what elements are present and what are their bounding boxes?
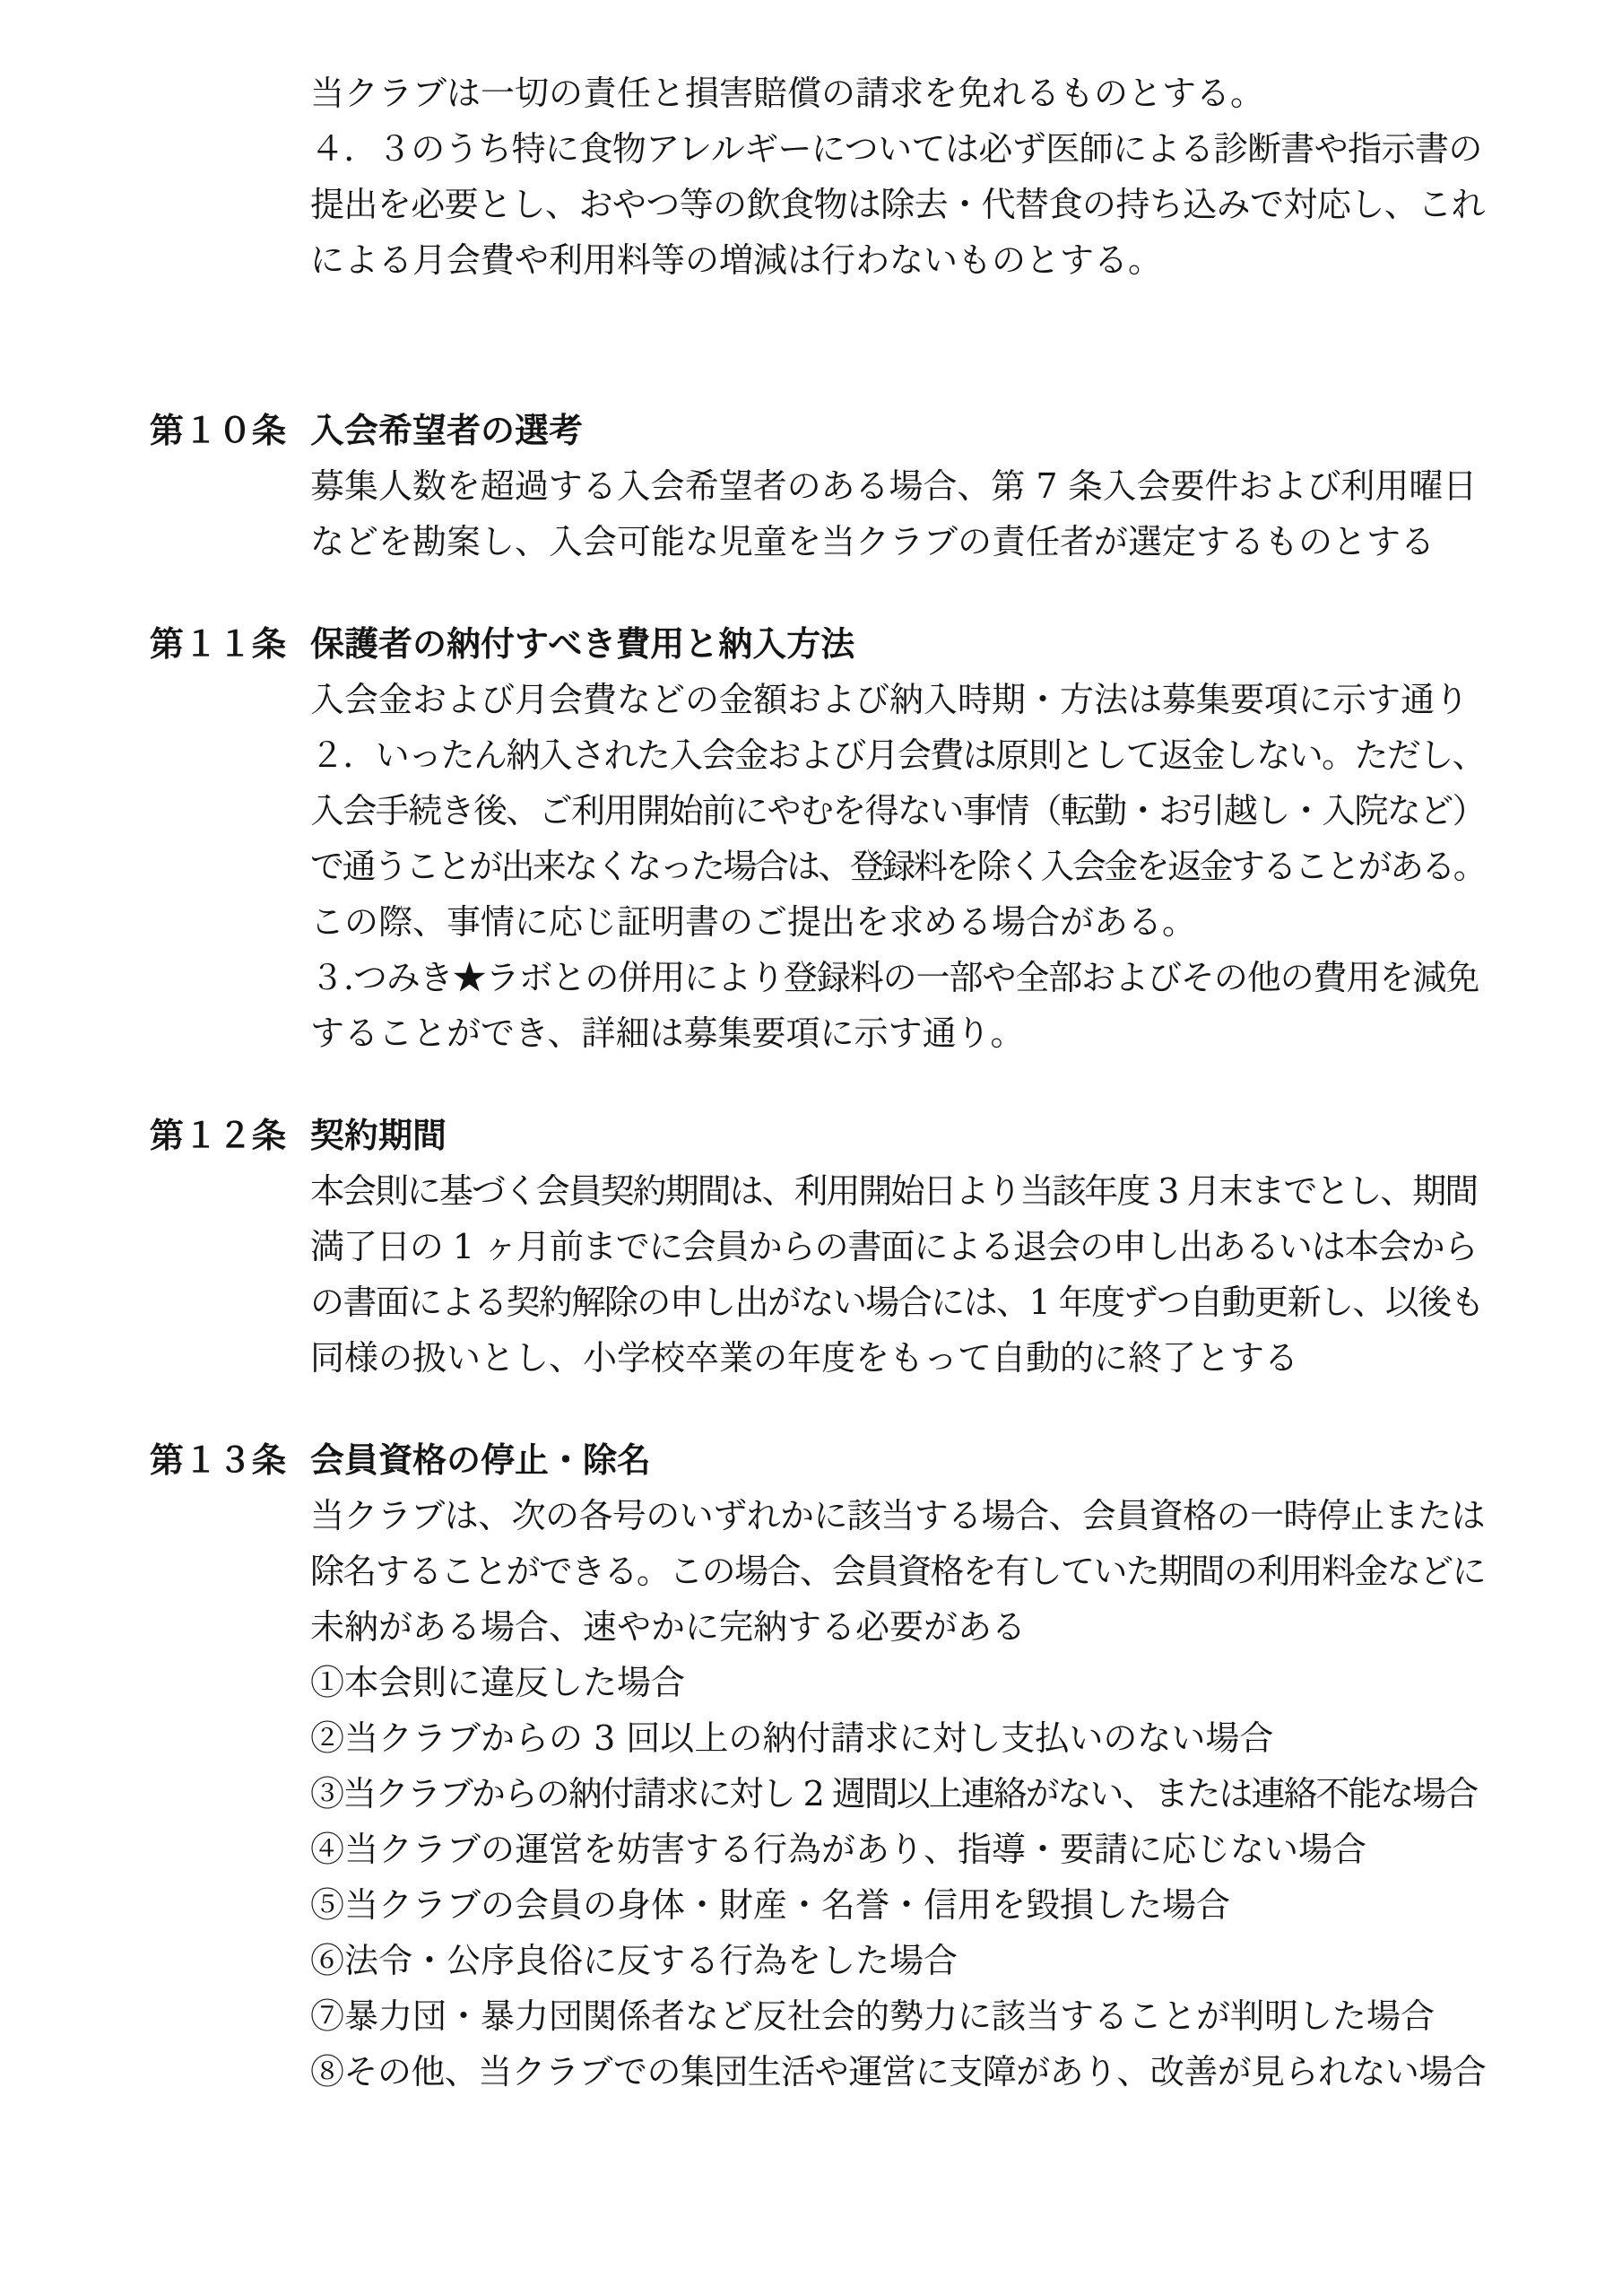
article-title: 契約期間: [310, 1108, 447, 1163]
article-number: 第１１条: [150, 616, 310, 672]
text-line: 入会金および月会費などの金額および納入時期・方法は募集要項に示す通り: [0, 672, 1622, 727]
articles: 第１０条入会希望者の選考募集人数を超過する入会希望者のある場合、第 7 条入会要…: [0, 403, 1622, 2100]
article-heading: 第１１条保護者の納付すべき費用と納入方法: [0, 616, 1622, 672]
article-section: 第１２条契約期間本会則に基づく会員契約期間は、利用開始日より当該年度 3 月末ま…: [0, 1108, 1622, 1386]
article-number: 第１３条: [150, 1432, 310, 1488]
text-line: などを勘案し、入会可能な児童を当クラブの責任者が選定するものとする: [0, 514, 1622, 570]
text-line: 除名することができる。この場合、会員資格を有していた期間の利用料金などに: [0, 1544, 1622, 1599]
text-line: 同様の扱いとし、小学校卒業の年度をもって自動的に終了とする: [0, 1330, 1622, 1386]
text-line: 当クラブは、次の各号のいずれかに該当する場合、会員資格の一時停止または: [0, 1488, 1622, 1544]
article-heading: 第１２条契約期間: [0, 1108, 1622, 1163]
article-heading: 第１０条入会希望者の選考: [0, 403, 1622, 458]
text-line: ⑧その他、当クラブでの集団生活や運営に支障があり、改善が見られない場合: [0, 2044, 1622, 2100]
text-line: することができ、詳細は募集要項に示す通り。: [0, 1005, 1622, 1061]
text-line: ④当クラブの運営を妨害する行為があり、指導・要請に応じない場合: [0, 1822, 1622, 1877]
article-title: 入会希望者の選考: [310, 403, 583, 458]
text-line: ２．いったん納入された入会金および月会費は原則として返金しない。ただし、: [0, 727, 1622, 783]
text-line: ②当クラブからの 3 回以上の納付請求に対し支払いのない場合: [0, 1710, 1622, 1766]
text-line: ４．３のうち特に食物アレルギーについては必ず医師による診断書や指示書の: [0, 121, 1622, 177]
text-line: ⑤当クラブの会員の身体・財産・名誉・信用を毀損した場合: [0, 1877, 1622, 1933]
text-line: この際、事情に応じ証明書のご提出を求める場合がある。: [0, 894, 1622, 950]
text-line: で通うことが出来なくなった場合は、登録料を除く入会金を返金することがある。: [0, 839, 1622, 894]
text-line: 満了日の 1 ヶ月前までに会員からの書面による退会の申し出あるいは本会から: [0, 1219, 1622, 1274]
text-line: ３.つみき★ラボとの併用により登録料の一部や全部およびその他の費用を減免: [0, 950, 1622, 1005]
text-line: の書面による契約解除の申し出がない場合には、1 年度ずつ自動更新し、以後も: [0, 1274, 1622, 1330]
text-line: 当クラブは一切の責任と損害賠償の請求を免れるものとする。: [0, 65, 1622, 121]
text-line: 提出を必要とし、おやつ等の飲食物は除去・代替食の持ち込みで対応し、これ: [0, 177, 1622, 232]
article-title: 会員資格の停止・除名: [310, 1432, 651, 1488]
article-title: 保護者の納付すべき費用と納入方法: [310, 616, 854, 672]
document-page: 当クラブは一切の責任と損害賠償の請求を免れるものとする。４．３のうち特に食物アレ…: [0, 0, 1622, 2296]
article-section: 第１３条会員資格の停止・除名当クラブは、次の各号のいずれかに該当する場合、会員資…: [0, 1432, 1622, 2100]
text-line: 入会手続き後、ご利用開始前にやむを得ない事情（転勤・お引越し・入院など）: [0, 783, 1622, 839]
article-heading: 第１３条会員資格の停止・除名: [0, 1432, 1622, 1488]
text-line: 募集人数を超過する入会希望者のある場合、第 7 条入会要件および利用曜日: [0, 458, 1622, 514]
text-line: による月会費や利用料等の増減は行わないものとする。: [0, 232, 1622, 288]
intro-paragraph: 当クラブは一切の責任と損害賠償の請求を免れるものとする。４．３のうち特に食物アレ…: [0, 65, 1622, 288]
article-section: 第１０条入会希望者の選考募集人数を超過する入会希望者のある場合、第 7 条入会要…: [0, 403, 1622, 570]
text-line: ⑥法令・公序良俗に反する行為をした場合: [0, 1933, 1622, 1988]
text-line: 本会則に基づく会員契約期間は、利用開始日より当該年度 3 月末までとし、期間: [0, 1163, 1622, 1219]
text-line: ①本会則に違反した場合: [0, 1655, 1622, 1710]
text-line: ③当クラブからの納付請求に対し 2 週間以上連絡がない、または連絡不能な場合: [0, 1766, 1622, 1822]
article-number: 第１０条: [150, 403, 310, 458]
text-line: ⑦暴力団・暴力団関係者など反社会的勢力に該当することが判明した場合: [0, 1988, 1622, 2044]
text-line: 未納がある場合、速やかに完納する必要がある: [0, 1599, 1622, 1655]
article-section: 第１１条保護者の納付すべき費用と納入方法入会金および月会費などの金額および納入時…: [0, 616, 1622, 1061]
article-number: 第１２条: [150, 1108, 310, 1163]
